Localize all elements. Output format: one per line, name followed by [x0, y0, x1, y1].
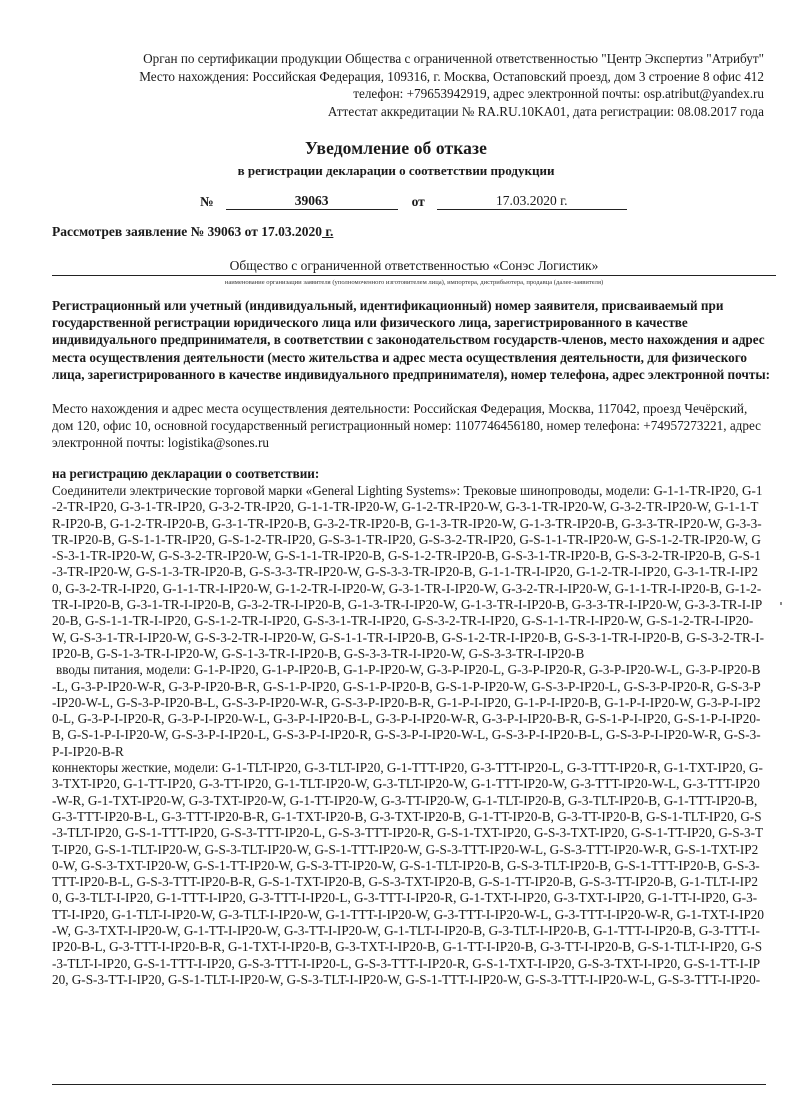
product-group-track-busbars: Соединители электрические торговой марки… [52, 483, 764, 662]
applicant-name: Общество с ограниченной ответственностью… [52, 258, 776, 276]
date-label: от [412, 194, 425, 210]
declaration-products: Соединители электрические торговой марки… [52, 483, 764, 988]
document-subtitle: в регистрации декларации о соответствии … [0, 163, 792, 179]
notice-date: 17.03.2020 г. [437, 193, 627, 210]
header-line-accreditation: Аттестат аккредитации № RA.RU.10KA01, да… [139, 103, 764, 121]
document-title: Уведомление об отказе [0, 138, 792, 159]
number-label: № [200, 194, 214, 210]
header-line-address: Место нахождения: Российская Федерация, … [139, 68, 764, 86]
product-group-power-inputs: вводы питания, модели: G-1-P-IP20, G-1-P… [52, 662, 764, 760]
product-group-rigid-connectors: коннекторы жесткие, модели: G-1-TLT-IP20… [52, 760, 764, 988]
applicant-caption: наименование организации заявителя (упол… [52, 279, 776, 286]
considered-application: Рассмотрев заявление № 39063 от 17.03.20… [52, 224, 333, 240]
considered-suffix: г. [322, 224, 333, 239]
notice-number-row: № 39063 от 17.03.2020 г. [200, 193, 627, 210]
declaration-heading: на регистрацию декларации о соответствии… [52, 466, 319, 482]
scan-speck [780, 602, 782, 605]
header-line-org: Орган по сертификации продукции Общества… [139, 50, 764, 68]
header-line-contacts: телефон: +79653942919, адрес электронной… [139, 85, 764, 103]
registration-heading: Регистрационный или учетный (индивидуаль… [52, 297, 772, 383]
registration-details: Место нахождения и адрес места осуществл… [52, 400, 764, 452]
bottom-rule [52, 1084, 766, 1085]
notice-number: 39063 [226, 193, 398, 210]
certification-body-header: Орган по сертификации продукции Общества… [139, 50, 764, 120]
considered-text: Рассмотрев заявление № 39063 от 17.03.20… [52, 224, 322, 239]
